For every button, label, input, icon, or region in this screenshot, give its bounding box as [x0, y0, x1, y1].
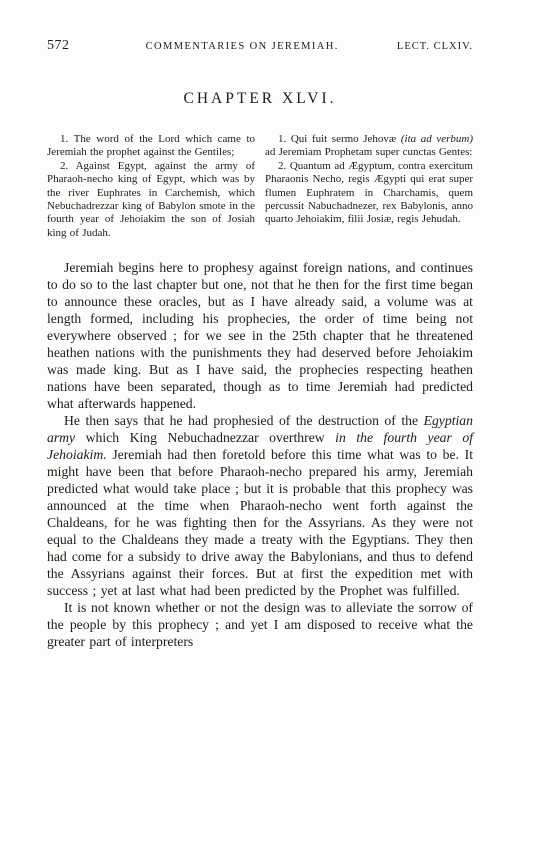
verse-column-latin: 1. Qui fuit sermo Jehovæ (ita ad verbum)… — [265, 133, 473, 240]
verse-paragraph-english-2: 2. Against Egypt, against the army of Ph… — [47, 160, 255, 240]
body-paragraph-1: Jeremiah begins here to prophesy against… — [47, 259, 473, 412]
verse-paragraph-latin-2: 2. Quantum ad Ægyptum, contra exercitum … — [265, 160, 473, 227]
page-number: 572 — [47, 38, 70, 54]
lecture-number: LECT. CLXIV. — [397, 41, 473, 52]
body-paragraph-2: He then says that he had prophesied of t… — [47, 412, 473, 599]
book-page: 572 COMMENTARIES ON JEREMIAH. LECT. CLXI… — [0, 0, 533, 842]
body-paragraph-3: It is not known whether or not the desig… — [47, 599, 473, 650]
verse-paragraph-latin-1: 1. Qui fuit sermo Jehovæ (ita ad verbum)… — [265, 133, 473, 160]
commentary-body: Jeremiah begins here to prophesy against… — [47, 259, 473, 650]
verse-column-english: 1. The word of the Lord which came to Je… — [47, 133, 255, 240]
verse-paragraph-english-1: 1. The word of the Lord which came to Je… — [47, 133, 255, 160]
verse-columns: 1. The word of the Lord which came to Je… — [47, 133, 473, 240]
chapter-heading: CHAPTER XLVI. — [47, 90, 473, 108]
running-title: COMMENTARIES ON JEREMIAH. — [70, 41, 397, 52]
running-head: 572 COMMENTARIES ON JEREMIAH. LECT. CLXI… — [47, 38, 473, 54]
